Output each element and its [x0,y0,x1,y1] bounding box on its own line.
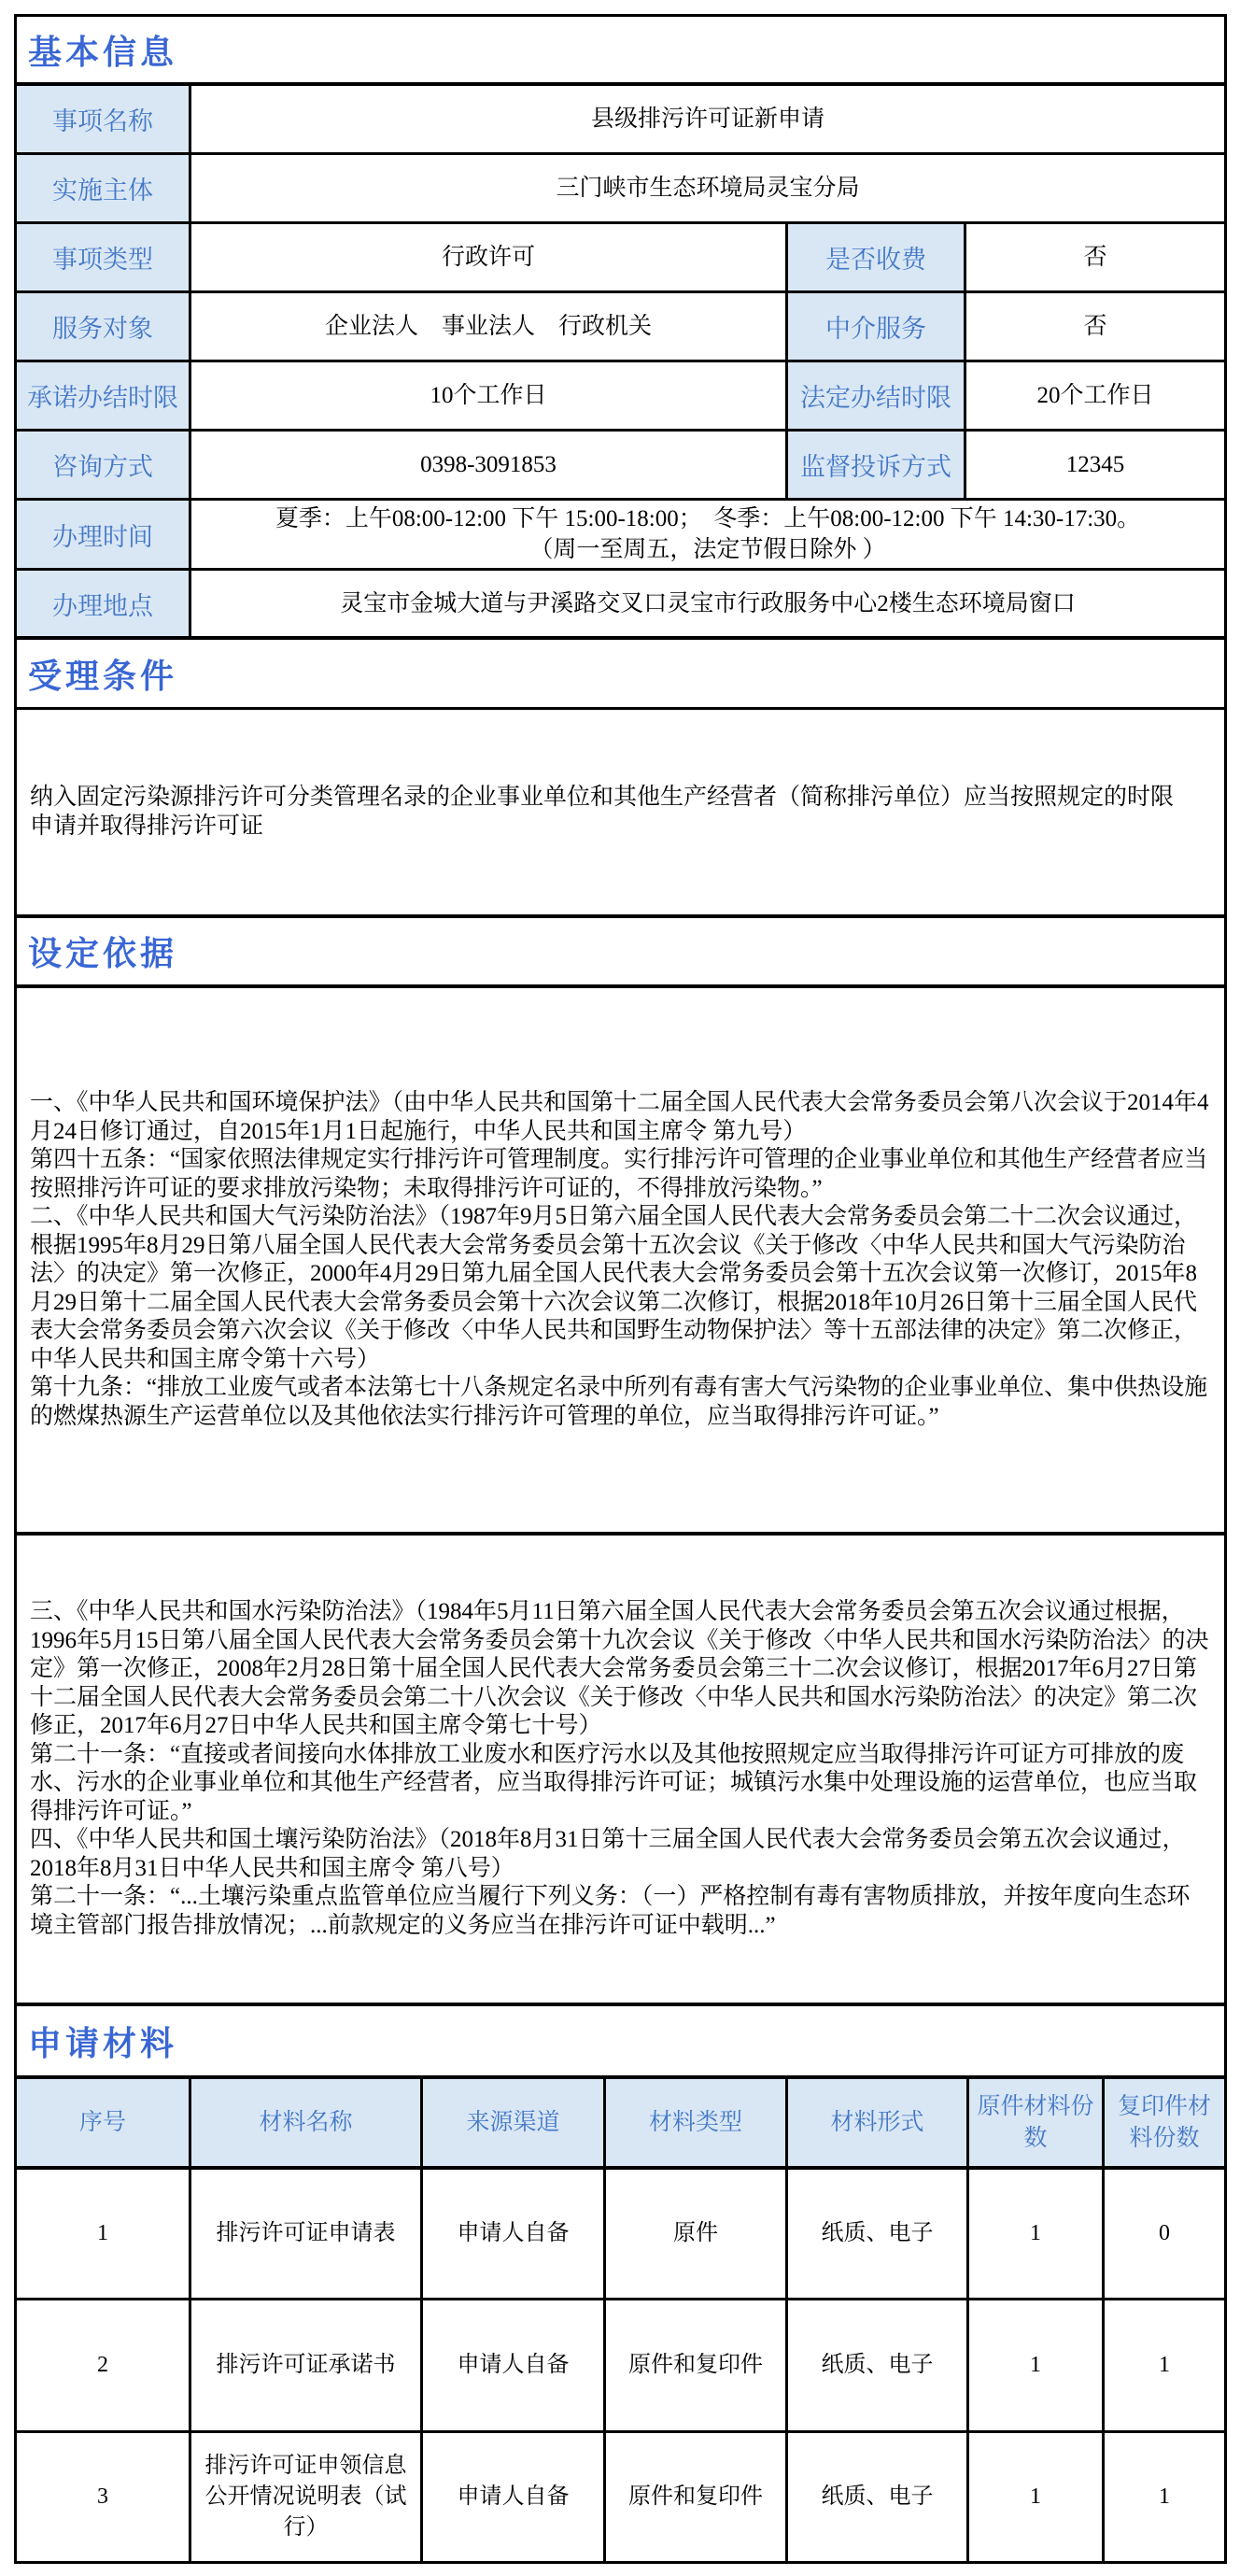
field-value-consult-way: 0398-3091853 [191,432,785,498]
materials-row-1: 1 排污许可证申请表 申请人自备 原件 纸质、电子 1 0 [17,2170,1224,2300]
field-value-item-type: 行政许可 [191,224,785,290]
row-consult-way: 咨询方式 0398-3091853 监督投诉方式 12345 [17,432,1224,501]
materials-cell-seq: 2 [17,2300,191,2430]
materials-header-seq: 序号 [17,2079,191,2166]
materials-header-original-count: 原件材料份数 [969,2079,1105,2166]
field-value-promised-limit: 10个工作日 [191,362,785,429]
materials-cell-source: 申请人自备 [423,2433,606,2561]
field-value-intermediary: 否 [966,293,1224,360]
materials-cell-original-count: 1 [969,2170,1105,2298]
field-value-service-target: 企业法人 事业法人 行政机关 [191,293,785,360]
field-value-complaint-way: 12345 [966,432,1224,498]
materials-cell-type: 原件和复印件 [606,2300,788,2430]
field-label-legal-limit: 法定办结时限 [785,362,966,429]
field-value-implementer: 三门峡市生态环境局灵宝分局 [191,155,1224,221]
row-implementer: 实施主体 三门峡市生态环境局灵宝分局 [17,155,1224,224]
section-title-acceptance: 受理条件 [17,640,1224,710]
row-item-name: 事项名称 县级排污许可证新申请 [17,86,1224,155]
field-label-intermediary: 中介服务 [785,293,966,360]
row-handle-place: 办理地点 灵宝市金城大道与尹溪路交叉口灵宝市行政服务中心2楼生态环境局窗口 [17,571,1224,640]
materials-cell-original-count: 1 [969,2433,1105,2561]
materials-cell-original-count: 1 [969,2300,1105,2430]
materials-row-2: 2 排污许可证承诺书 申请人自备 原件和复印件 纸质、电子 1 1 [17,2300,1224,2433]
materials-cell-form: 纸质、电子 [788,2300,969,2430]
section-title-materials: 申请材料 [17,2006,1224,2079]
field-label-item-name: 事项名称 [17,86,191,152]
materials-cell-seq: 1 [17,2170,191,2298]
field-label-service-target: 服务对象 [17,293,191,360]
row-item-type: 事项类型 行政许可 是否收费 否 [17,224,1224,293]
materials-cell-type: 原件和复印件 [606,2433,788,2561]
materials-header-copy-count: 复印件材料份数 [1105,2079,1224,2166]
materials-cell-copy-count: 0 [1105,2170,1224,2298]
row-handle-time: 办理时间 夏季：上午08:00-12:00 下午 15:00-18:00； 冬季… [17,501,1224,571]
field-label-complaint-way: 监督投诉方式 [785,432,966,498]
field-label-implementer: 实施主体 [17,155,191,221]
materials-cell-name: 排污许可证申请表 [191,2170,423,2298]
field-value-legal-limit: 20个工作日 [966,362,1224,429]
materials-header-type: 材料类型 [606,2079,788,2166]
acceptance-content: 纳入固定污染源排污许可分类管理名录的企业事业单位和其他生产经营者（简称排污单位）… [17,710,1224,918]
materials-cell-source: 申请人自备 [423,2300,606,2430]
field-value-charge: 否 [966,224,1224,290]
section-title-basic-info: 基本信息 [17,17,1224,86]
materials-cell-name: 排污许可证申领信息公开情况说明表（试行） [191,2433,423,2561]
legal-basis-block-1: 一、《中华人民共和国环境保护法》（由中华人民共和国第十二届全国人民代表大会常务委… [17,988,1224,1536]
materials-cell-copy-count: 1 [1105,2433,1224,2561]
materials-header-name: 材料名称 [191,2079,423,2166]
service-item-document: 基本信息 事项名称 县级排污许可证新申请 实施主体 三门峡市生态环境局灵宝分局 … [14,14,1227,2564]
materials-cell-form: 纸质、电子 [788,2433,969,2561]
field-label-consult-way: 咨询方式 [17,432,191,498]
materials-cell-name: 排污许可证承诺书 [191,2300,423,2430]
materials-cell-seq: 3 [17,2433,191,2561]
legal-basis-block-2: 三、《中华人民共和国水污染防治法》（1984年5月11日第六届全国人民代表大会常… [17,1536,1224,2006]
field-value-handle-place: 灵宝市金城大道与尹溪路交叉口灵宝市行政服务中心2楼生态环境局窗口 [191,571,1224,636]
field-label-handle-place: 办理地点 [17,571,191,636]
field-label-handle-time: 办理时间 [17,501,191,568]
materials-row-3: 3 排污许可证申领信息公开情况说明表（试行） 申请人自备 原件和复印件 纸质、电… [17,2433,1224,2561]
materials-cell-copy-count: 1 [1105,2300,1224,2430]
materials-header-form: 材料形式 [788,2079,969,2166]
field-label-item-type: 事项类型 [17,224,191,290]
field-value-handle-time: 夏季：上午08:00-12:00 下午 15:00-18:00； 冬季：上午08… [191,501,1224,568]
field-label-charge: 是否收费 [785,224,966,290]
row-service-target: 服务对象 企业法人 事业法人 行政机关 中介服务 否 [17,293,1224,362]
materials-cell-source: 申请人自备 [423,2170,606,2298]
field-label-promised-limit: 承诺办结时限 [17,362,191,429]
materials-cell-type: 原件 [606,2170,788,2298]
materials-cell-form: 纸质、电子 [788,2170,969,2298]
field-value-item-name: 县级排污许可证新申请 [191,86,1224,152]
materials-header-source: 来源渠道 [423,2079,606,2166]
row-promised-limit: 承诺办结时限 10个工作日 法定办结时限 20个工作日 [17,362,1224,432]
section-title-legal-basis: 设定依据 [17,918,1224,988]
materials-header-row: 序号 材料名称 来源渠道 材料类型 材料形式 原件材料份数 复印件材料份数 [17,2079,1224,2170]
